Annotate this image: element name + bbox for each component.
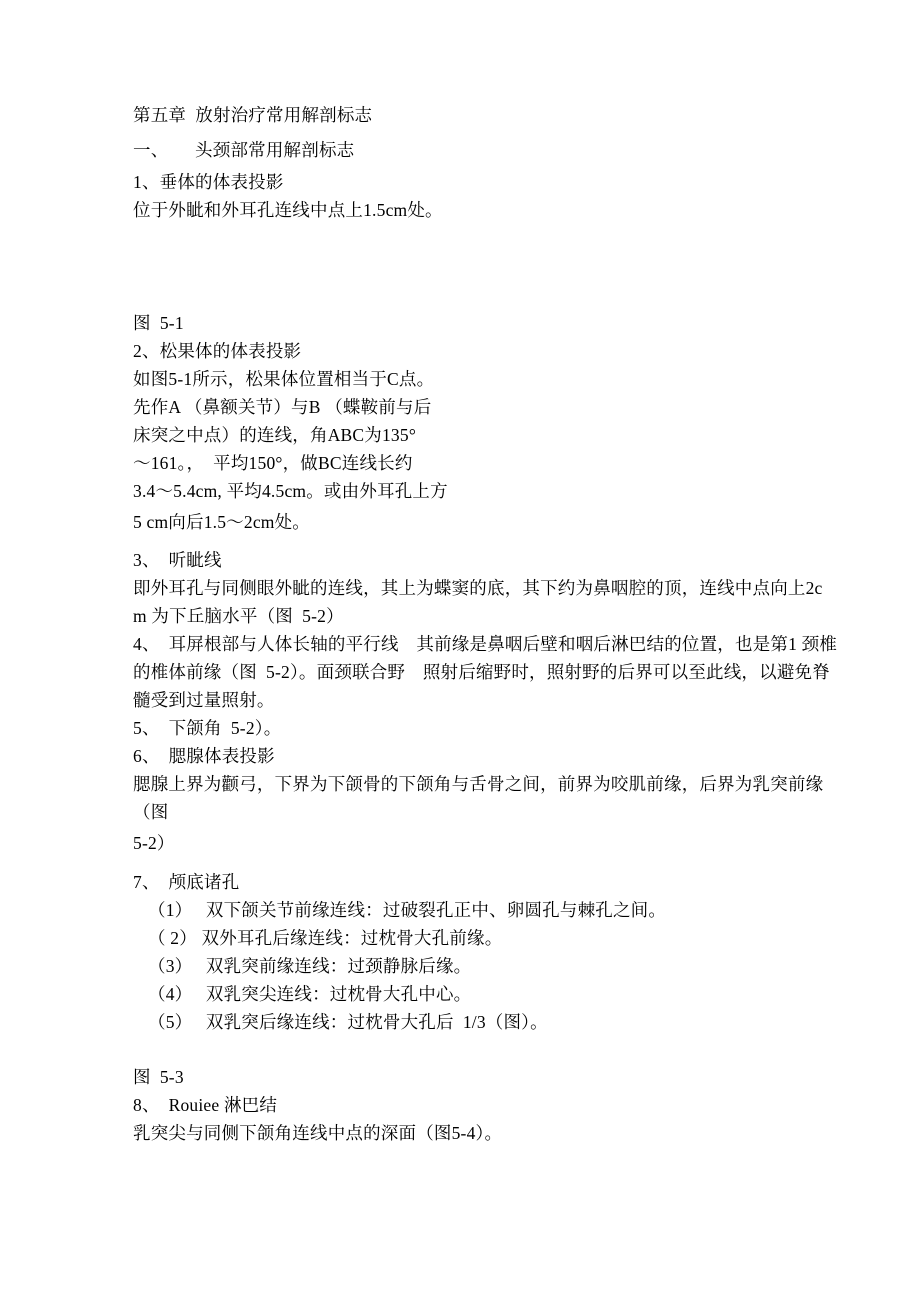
item-3-body-line-2: m 为下丘脑水平（图 5-2） (133, 602, 823, 630)
item-6-title: 6、 腮腺体表投影 (133, 742, 823, 770)
item-8-body: 乳突尖与同侧下颌角连线中点的深面（图5-4）。 (133, 1119, 823, 1147)
item-4-line-2: 的椎体前缘（图 5-2）。面颈联合野 照射后缩野时，照射野的后界可以至此线，以避… (133, 658, 823, 686)
item-7-sub-2: （ 2） 双外耳孔后缘连线：过枕骨大孔前缘。 (133, 924, 823, 952)
item-4-line-3: 髓受到过量照射。 (133, 686, 823, 714)
item-7-sub-3: （3） 双乳突前缘连线：过颈静脉后缘。 (133, 952, 823, 980)
item-2-body-line-1: 如图5-1所示，松果体位置相当于C点。 (133, 365, 823, 393)
item-7-sub-5: （5） 双乳突后缘连线：过枕骨大孔后 1/3（图）。 (133, 1008, 823, 1036)
figure-5-1-caption: 图 5-1 (133, 309, 823, 337)
item-1-title: 1、垂体的体表投影 (133, 168, 823, 196)
item-7-title: 7、 颅底诸孔 (133, 868, 823, 896)
item-4-line-1: 4、 耳屏根部与人体长轴的平行线 其前缘是鼻咽后壁和咽后淋巴结的位置，也是第1 … (133, 630, 823, 658)
item-5-title: 5、 下颌角 5-2）。 (133, 714, 823, 742)
item-6-body-line-2: （图 (133, 798, 823, 826)
item-2-body-line-3: 床突之中点）的连线，角ABC为135° (133, 421, 823, 449)
item-2-title: 2、松果体的体表投影 (133, 337, 823, 365)
figure-5-3-caption: 图 5-3 (133, 1063, 823, 1091)
item-2-body-line-6: 5 cm向后1.5〜2cm处。 (133, 508, 823, 536)
item-2-body-line-5: 3.4〜5.4cm, 平均4.5cm。或由外耳孔上方 (133, 477, 823, 505)
item-6-body-line-1: 腮腺上界为颧弓，下界为下颌骨的下颌角与舌骨之间，前界为咬肌前缘，后界为乳突前缘 (133, 770, 823, 798)
item-6-body-line-3: 5-2） (133, 829, 823, 857)
item-7-sub-4: （4） 双乳突尖连线：过枕骨大孔中心。 (133, 980, 823, 1008)
item-8-title: 8、 Rouiee 淋巴结 (133, 1091, 823, 1119)
document-content: 第五章 放射治疗常用解剖标志 一、 头颈部常用解剖标志 1、垂体的体表投影 位于… (133, 101, 823, 1147)
item-7-sub-1: （1） 双下颌关节前缘连线：过破裂孔正中、卵圆孔与棘孔之间。 (133, 896, 823, 924)
item-3-title: 3、 听眦线 (133, 546, 823, 574)
section-heading: 一、 头颈部常用解剖标志 (133, 136, 823, 164)
chapter-title: 第五章 放射治疗常用解剖标志 (133, 101, 823, 129)
item-3-body-line-1: 即外耳孔与同侧眼外眦的连线，其上为蝶窦的底，其下约为鼻咽腔的顶，连线中点向上2c (133, 574, 823, 602)
item-2-body-line-4: 〜161。， 平均150°，做BC连线长约 (133, 449, 823, 477)
item-1-body: 位于外眦和外耳孔连线中点上1.5cm处。 (133, 196, 823, 224)
document-page: 第五章 放射治疗常用解剖标志 一、 头颈部常用解剖标志 1、垂体的体表投影 位于… (0, 0, 920, 1302)
item-2-body-line-2: 先作A （鼻额关节）与B （蝶鞍前与后 (133, 393, 823, 421)
